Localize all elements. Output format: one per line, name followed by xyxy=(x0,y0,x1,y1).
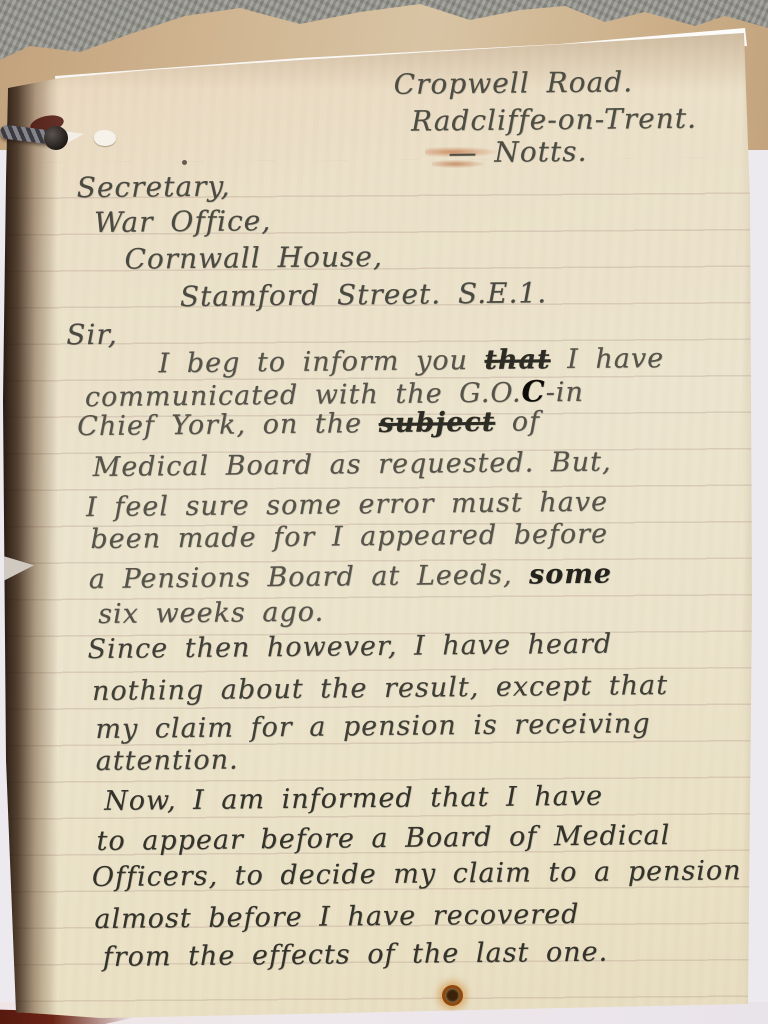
body-line: been made for I appeared before xyxy=(90,518,608,557)
body-line: my claim for a pension is receiving xyxy=(95,707,650,747)
recipient-line: Cornwall House, xyxy=(124,240,383,277)
binding-cord-knot xyxy=(44,126,68,150)
struck-word: that xyxy=(484,344,550,376)
recipient-line: Stamford Street. S.E.1. xyxy=(180,276,548,314)
sender-address-line: — Notts. xyxy=(448,135,587,170)
body-text: a Pensions Board at Leeds, xyxy=(89,559,530,595)
body-line: to appear before a Board of Medical xyxy=(96,819,670,859)
struck-word: subject xyxy=(378,407,495,439)
blotted-word: some xyxy=(529,559,612,591)
body-text: of xyxy=(495,406,540,437)
sender-address-line: Radcliffe-on-Trent. xyxy=(411,102,697,139)
body-line: nothing about the result, except that xyxy=(92,669,668,709)
body-line: from the effects of the last one. xyxy=(103,936,609,975)
recipient-line: War Office, xyxy=(94,204,271,240)
salutation: Sir, xyxy=(66,318,118,353)
body-line: Chief York, on the subject of xyxy=(77,405,540,444)
body-line: Officers, to decide my claim to a pensio… xyxy=(92,854,742,895)
body-text: -in xyxy=(546,377,584,408)
body-line: Medical Board as requested. But, xyxy=(92,446,611,485)
body-line: almost before I have recovered xyxy=(94,898,579,937)
sender-address-line: Cropwell Road. xyxy=(393,65,633,102)
letter-text: Cropwell Road. Radcliffe-on-Trent. — Not… xyxy=(0,0,768,1024)
body-text: I beg to inform you xyxy=(158,345,484,379)
body-line: attention. xyxy=(96,743,239,778)
body-text: Chief York, on the xyxy=(77,408,379,442)
letter-page: Cropwell Road. Radcliffe-on-Trent. — Not… xyxy=(0,0,768,1024)
body-line: Now, I am informed that I have xyxy=(104,780,603,819)
recipient-line: Secretary, xyxy=(77,170,231,206)
body-text: I have xyxy=(550,343,664,375)
body-line: a Pensions Board at Leeds, some xyxy=(89,558,613,597)
body-line: Since then however, I have heard xyxy=(87,628,612,667)
body-line: six weeks ago. xyxy=(98,596,324,632)
photo-scene: Cropwell Road. Radcliffe-on-Trent. — Not… xyxy=(0,0,768,1024)
overwritten-letter: C xyxy=(521,374,546,408)
